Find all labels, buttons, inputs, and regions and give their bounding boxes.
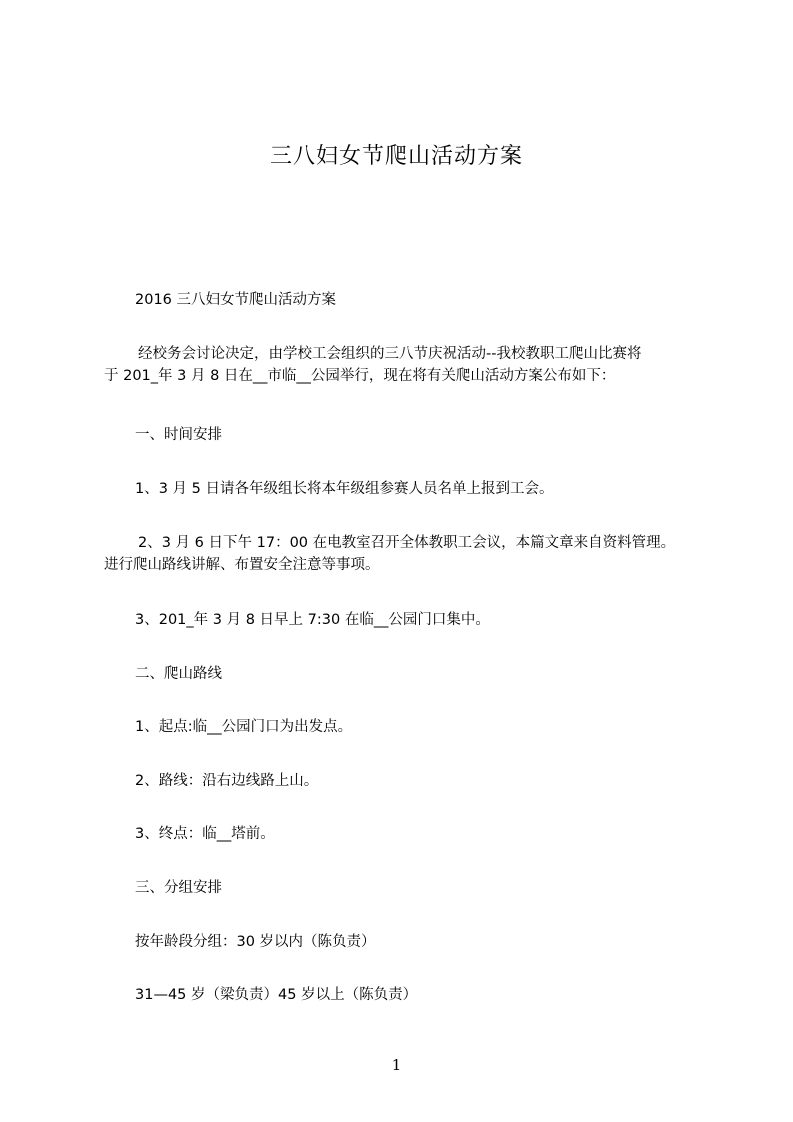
document-subtitle: 2016 三八妇女节爬山活动方案 — [135, 289, 735, 311]
section-heading-route: 二、爬山路线 — [135, 663, 735, 685]
section-heading-groups: 三、分组安排 — [135, 877, 735, 899]
intro-line-2: 于 201_年 3 月 8 日在__市临__公园举行，现在将有关爬山活动方案公布… — [104, 365, 704, 387]
page-number: 1 — [0, 1055, 793, 1075]
route-item-end: 3、终点：临__塔前。 — [135, 823, 735, 845]
route-item-start: 1、起点:临__公园门口为出发点。 — [135, 716, 735, 738]
document-page: 三八妇女节爬山活动方案 2016 三八妇女节爬山活动方案 经校务会讨论决定，由学… — [0, 0, 793, 1122]
schedule-item-2: 2、3 月 6 日下午 17：00 在电教室召开全体教职工会议，本篇文章来自资料… — [104, 532, 704, 576]
schedule-item-3: 3、201_年 3 月 8 日早上 7:30 在临__公园门口集中。 — [135, 609, 735, 631]
route-item-path: 2、路线：沿右边线路上山。 — [135, 770, 735, 792]
intro-paragraph: 经校务会讨论决定，由学校工会组织的三八节庆祝活动--我校教职工爬山比赛将 于 2… — [104, 343, 704, 387]
document-title: 三八妇女节爬山活动方案 — [0, 141, 793, 173]
group-item-2: 31—45 岁（梁负责）45 岁以上（陈负责） — [135, 984, 735, 1006]
intro-line-1: 经校务会讨论决定，由学校工会组织的三八节庆祝活动--我校教职工爬山比赛将 — [104, 343, 704, 365]
schedule-item-2-line-2: 进行爬山路线讲解、布置安全注意等事项。 — [104, 554, 704, 576]
section-heading-schedule: 一、时间安排 — [135, 424, 735, 446]
schedule-item-1: 1、3 月 5 日请各年级组长将本年级组参赛人员名单上报到工会。 — [135, 478, 735, 500]
schedule-item-2-line-1: 2、3 月 6 日下午 17：00 在电教室召开全体教职工会议，本篇文章来自资料… — [104, 532, 704, 554]
group-item-1: 按年龄段分组：30 岁以内（陈负责） — [135, 931, 735, 953]
